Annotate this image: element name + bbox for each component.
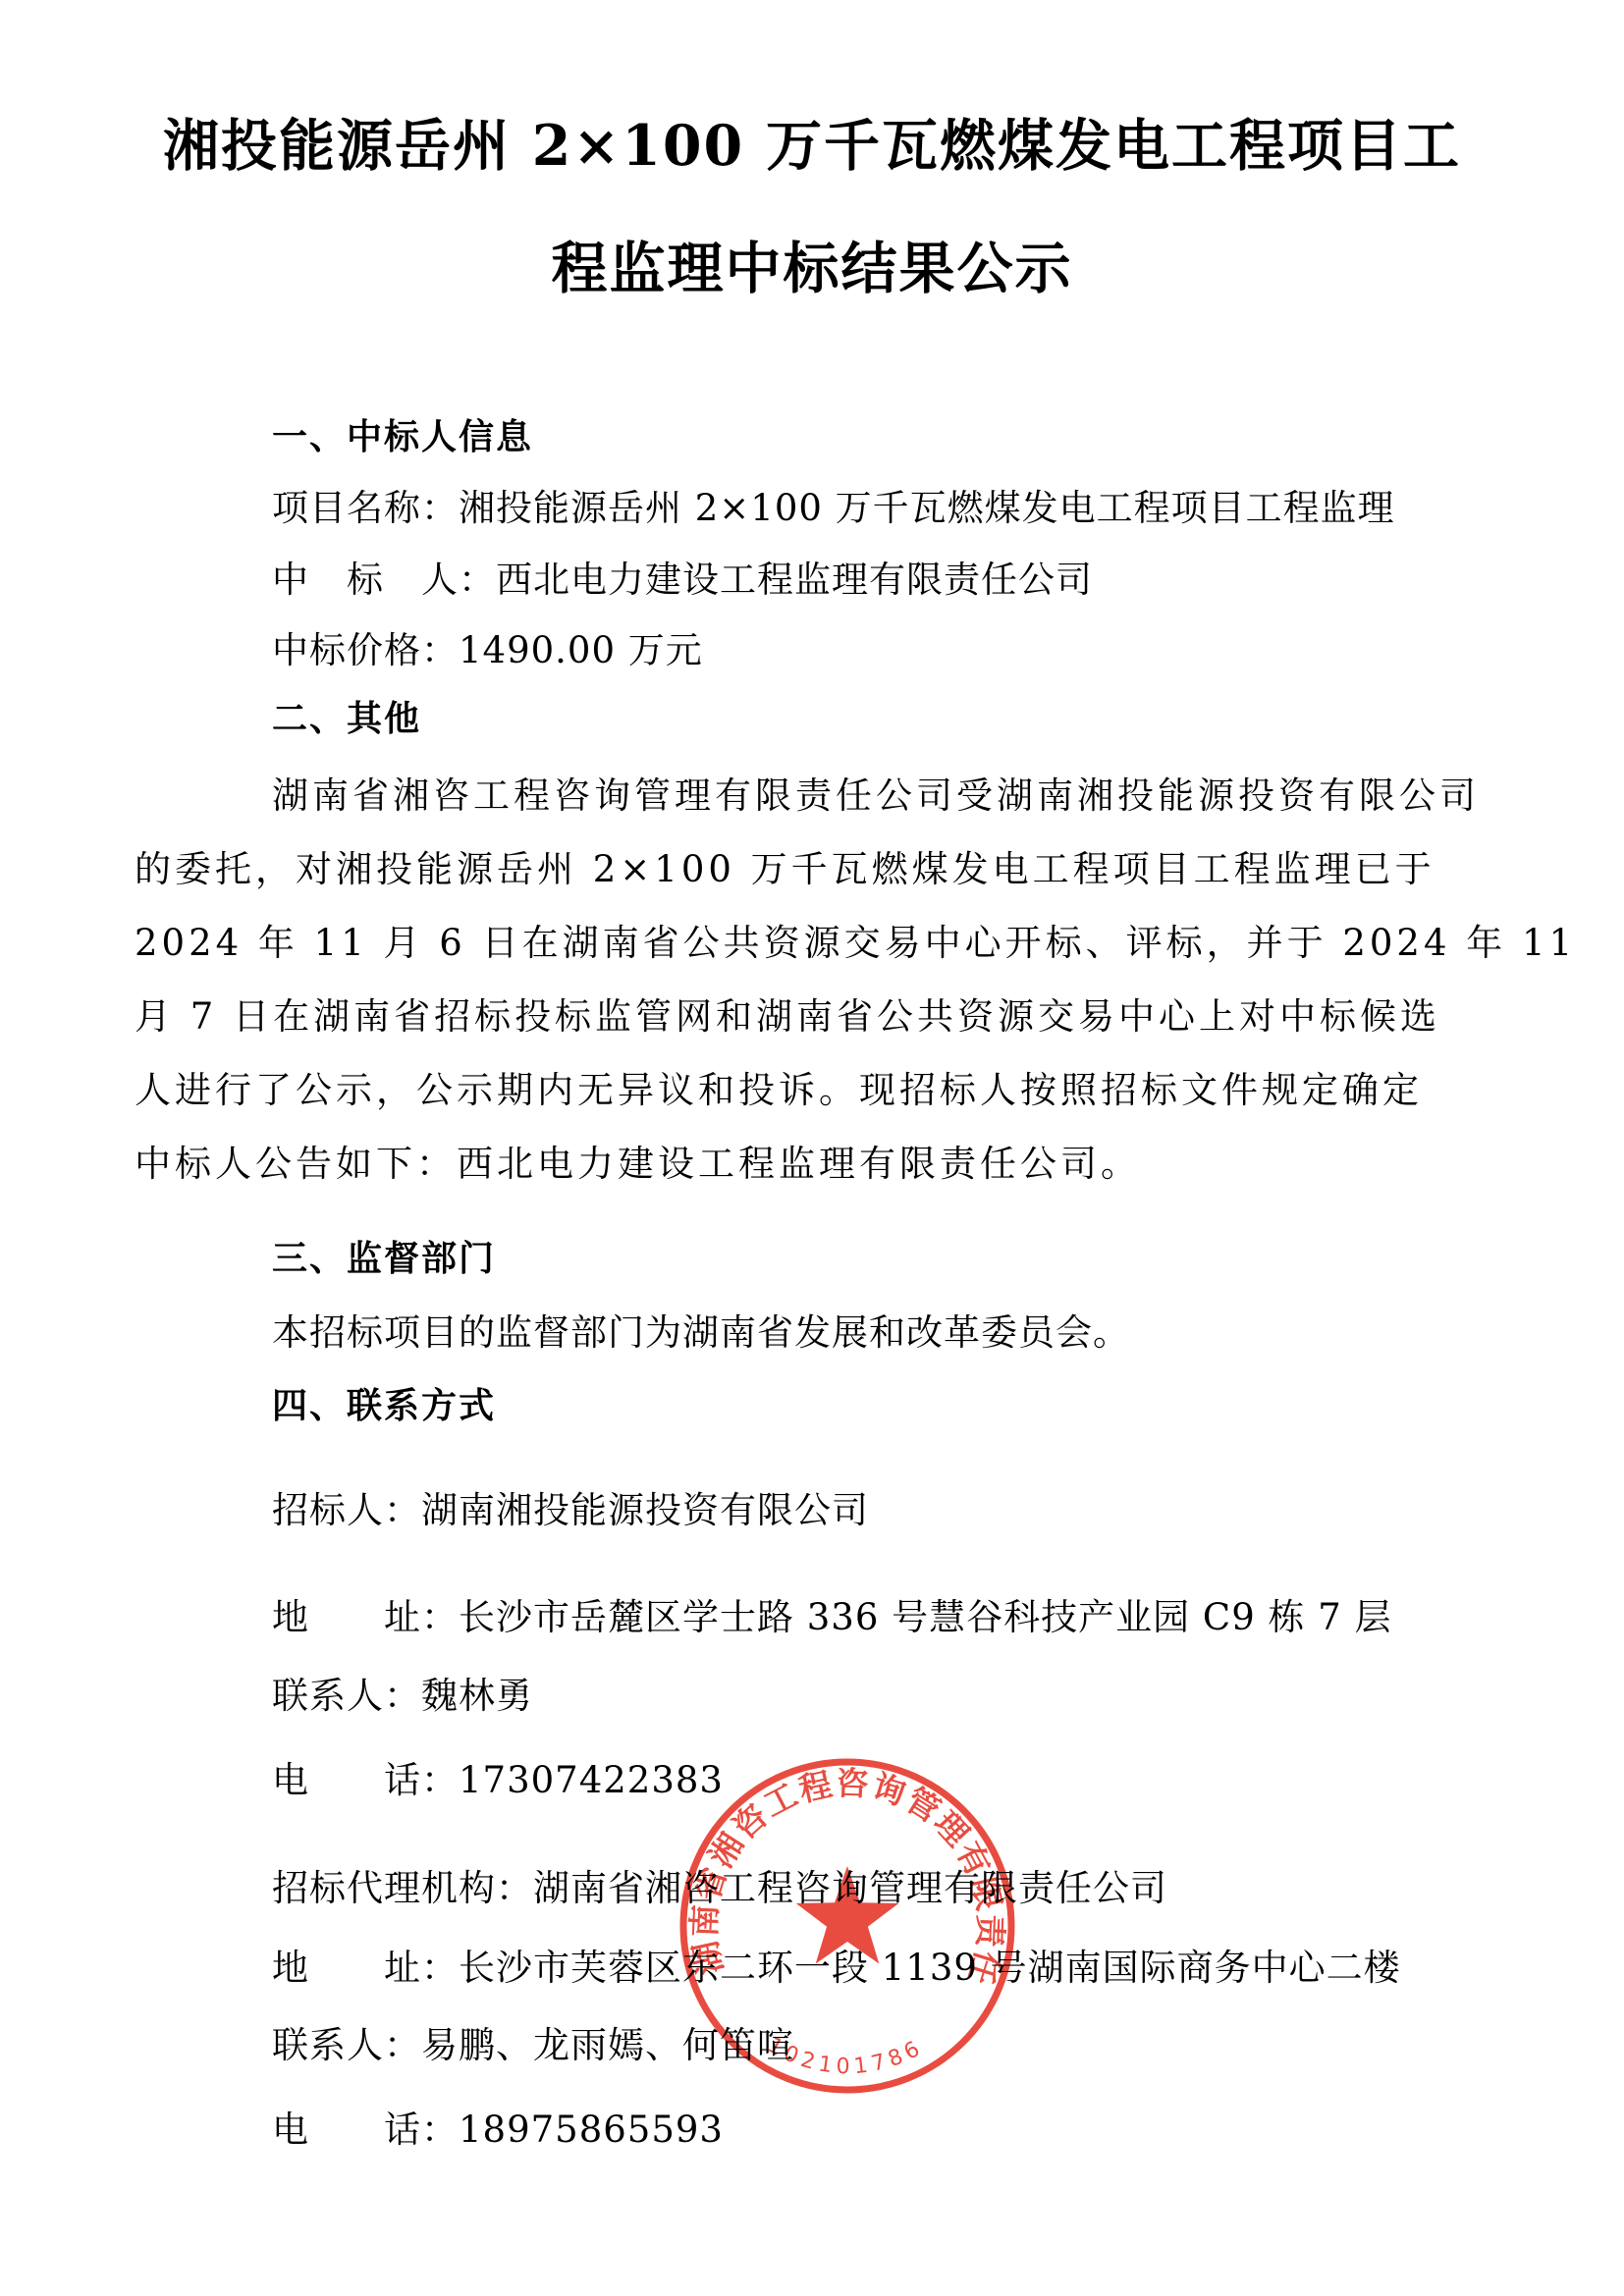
project-name-line: 项目名称：湘投能源岳州 2×100 万千瓦燃煤发电工程项目工程监理: [272, 488, 1395, 530]
paragraph-line-2: 的委托，对湘投能源岳州 2×100 万千瓦燃煤发电工程项目工程监理已于: [135, 849, 1435, 891]
supervision-line: 本招标项目的监督部门为湖南省发展和改革委员会。: [272, 1312, 1130, 1355]
paragraph-line-5: 人进行了公示，公示期内无异议和投诉。现招标人按照招标文件规定确定: [135, 1070, 1423, 1112]
page-title-line-1: 湘投能源岳州 2×100 万千瓦燃煤发电工程项目工: [0, 101, 1624, 182]
section-2-heading: 二、其他: [272, 699, 421, 739]
paragraph-line-6: 中标人公告如下：西北电力建设工程监理有限责任公司。: [135, 1144, 1141, 1186]
agency-contact-line: 联系人：易鹏、龙雨嫣、何笛喧: [272, 2025, 794, 2067]
agency-phone-line: 电 话：18975865593: [272, 2109, 724, 2152]
section-4-heading: 四、联系方式: [272, 1386, 496, 1426]
page-title-line-2: 程监理中标结果公示: [0, 224, 1624, 304]
tenderer-address-line: 地 址：长沙市岳麓区学士路 336 号慧谷科技产业园 C9 栋 7 层: [272, 1597, 1392, 1639]
tenderer-name-line: 招标人：湖南湘投能源投资有限公司: [272, 1490, 869, 1532]
agency-name-line: 招标代理机构：湖南省湘咨工程咨询管理有限责任公司: [272, 1868, 1167, 1910]
section-3-heading: 三、监督部门: [272, 1239, 496, 1279]
document-page: 湘投能源岳州 2×100 万千瓦燃煤发电工程项目工 程监理中标结果公示 一、中标…: [0, 0, 1624, 2296]
paragraph-line-4: 月 7 日在湖南省招标投标监管网和湖南省公共资源交易中心上对中标候选: [135, 996, 1440, 1039]
paragraph-line-1: 湖南省湘咨工程咨询管理有限责任公司受湖南湘投能源投资有限公司: [272, 775, 1480, 818]
agency-address-line: 地 址：长沙市芙蓉区东二环一段 1139 号湖南国际商务中心二楼: [272, 1948, 1401, 1990]
tenderer-phone-line: 电 话：17307422383: [272, 1760, 724, 1802]
tenderer-contact-line: 联系人：魏林勇: [272, 1676, 533, 1718]
section-1-heading: 一、中标人信息: [272, 417, 533, 457]
paragraph-line-3: 2024 年 11 月 6 日在湖南省公共资源交易中心开标、评标，并于 2024…: [135, 923, 1576, 965]
price-line: 中标价格：1490.00 万元: [272, 630, 703, 672]
winner-line: 中 标 人：西北电力建设工程监理有限责任公司: [272, 560, 1093, 602]
